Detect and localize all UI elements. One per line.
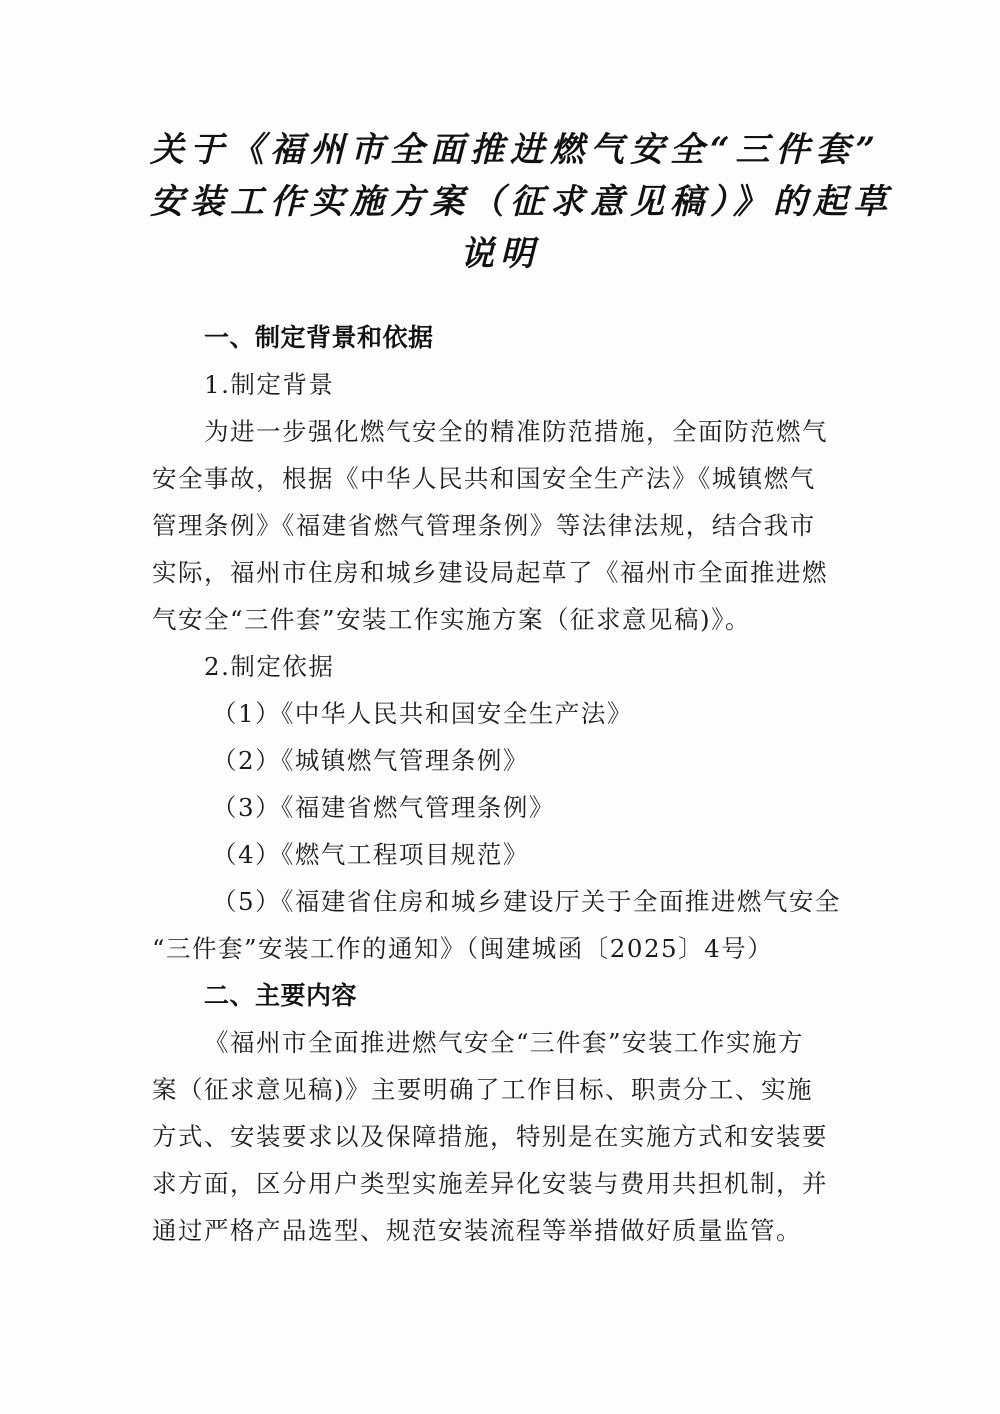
subsection-2-heading: 2.制定依据 (152, 643, 852, 690)
document-title: 关于《福州市全面推进燃气安全“三件套” 安装工作实施方案（征求意见稿）》的起草 … (150, 124, 850, 280)
basis-item-5: （5）《福建省住房和城乡建设厅关于全面推进燃气安全 (152, 878, 852, 925)
paragraph-line: 通过严格产品选型、规范安装流程等举措做好质量监管。 (152, 1207, 852, 1254)
basis-item-4: （4）《燃气工程项目规范》 (152, 831, 852, 878)
document-page: 关于《福州市全面推进燃气安全“三件套” 安装工作实施方案（征求意见稿）》的起草 … (0, 0, 1000, 1414)
subsection-1-heading: 1.制定背景 (152, 361, 852, 408)
title-line-2: 安装工作实施方案（征求意见稿）》的起草 (150, 176, 850, 228)
paragraph-line: 实际，福州市住房和城乡建设局起草了《福州市全面推进燃 (152, 549, 852, 596)
basis-item-1: （1）《中华人民共和国安全生产法》 (152, 690, 852, 737)
section-1-heading: 一、制定背景和依据 (152, 314, 852, 361)
basis-item-3: （3）《福建省燃气管理条例》 (152, 784, 852, 831)
paragraph-line: 为进一步强化燃气安全的精准防范措施，全面防范燃气 (152, 408, 852, 455)
paragraph-line: 案（征求意见稿)》主要明确了工作目标、职责分工、实施 (152, 1066, 852, 1113)
title-line-3: 说明 (150, 228, 850, 280)
paragraph-line: 方式、安装要求以及保障措施，特别是在实施方式和安装要 (152, 1113, 852, 1160)
section-2-heading: 二、主要内容 (152, 972, 852, 1019)
paragraph-line: 《福州市全面推进燃气安全“三件套”安装工作实施方 (152, 1019, 852, 1066)
title-line-1: 关于《福州市全面推进燃气安全“三件套” (150, 124, 850, 176)
paragraph-line: 管理条例》《福建省燃气管理条例》等法律法规，结合我市 (152, 502, 852, 549)
paragraph-line: 求方面，区分用户类型实施差异化安装与费用共担机制，并 (152, 1160, 852, 1207)
basis-item-2: （2）《城镇燃气管理条例》 (152, 737, 852, 784)
document-body: 一、制定背景和依据 1.制定背景 为进一步强化燃气安全的精准防范措施，全面防范燃… (152, 314, 852, 1254)
paragraph-line: 气安全“三件套”安装工作实施方案（征求意见稿)》。 (152, 596, 852, 643)
paragraph-line: 安全事故，根据《中华人民共和国安全生产法》《城镇燃气 (152, 455, 852, 502)
basis-item-5-cont: “三件套”安装工作的通知》（闽建城函〔2025〕4号） (152, 925, 852, 972)
